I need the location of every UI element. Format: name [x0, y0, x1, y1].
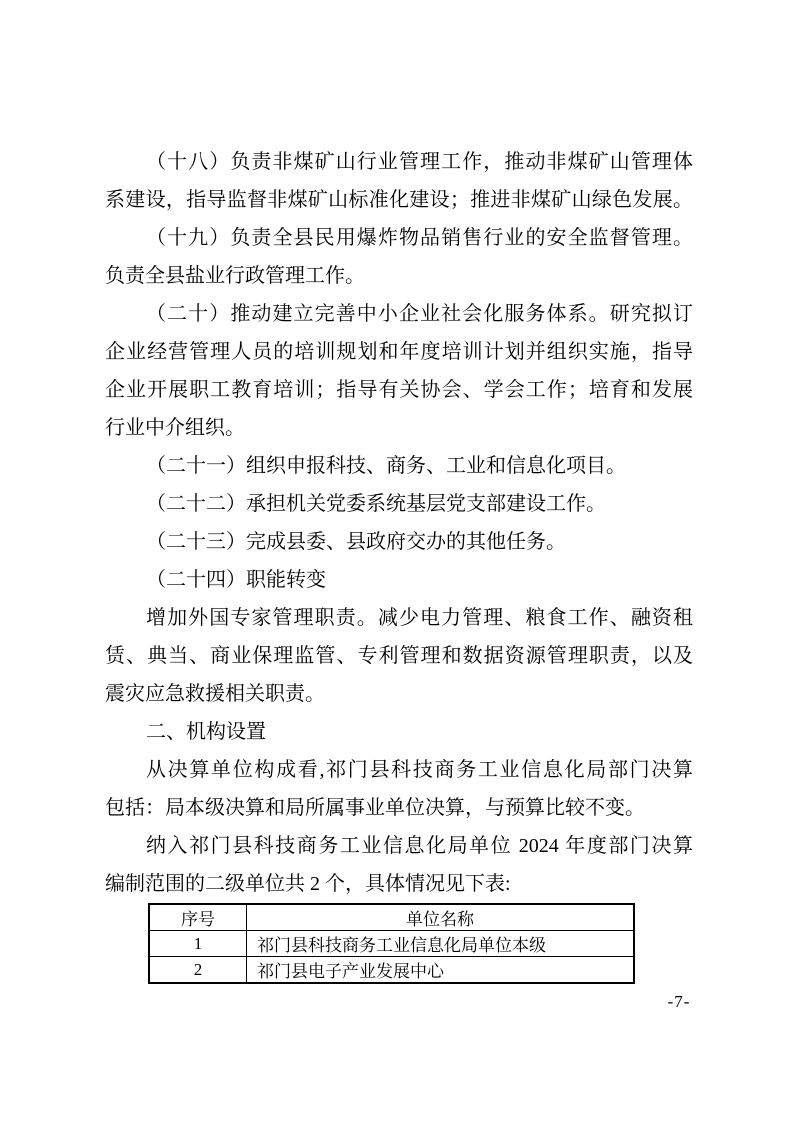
- text-line: 从决算单位构成看,祁门县科技商务工业信息化局部门决算: [105, 751, 693, 789]
- text-line: （二十一）组织申报科技、商务、工业和信息化项目。: [105, 447, 693, 485]
- text-line: 赁、典当、商业保理监管、专利管理和数据资源管理职责，以及: [105, 637, 693, 675]
- document-page: （十八）负责非煤矿山行业管理工作，推动非煤矿山管理体 系建设，指导监督非煤矿山标…: [0, 0, 793, 1122]
- table-header-row: 序号 单位名称: [149, 904, 634, 931]
- table-row: 2 祁门县电子产业发展中心: [149, 957, 634, 984]
- table-header-cell: 序号: [149, 904, 247, 931]
- text-line: （二十四）职能转变: [105, 561, 693, 599]
- units-table: 序号 单位名称 1 祁门县科技商务工业信息化局单位本级 2 祁门县电子产业发展中…: [148, 903, 635, 984]
- table-cell: 2: [149, 957, 247, 984]
- table-row: 1 祁门县科技商务工业信息化局单位本级: [149, 931, 634, 957]
- section-heading: 二、机构设置: [105, 713, 693, 751]
- table-cell: 1: [149, 931, 247, 957]
- text-line: 行业中介组织。: [105, 409, 693, 447]
- document-body: （十八）负责非煤矿山行业管理工作，推动非煤矿山管理体 系建设，指导监督非煤矿山标…: [105, 143, 693, 903]
- text-line: 纳入祁门县科技商务工业信息化局单位 2024 年度部门决算: [105, 827, 693, 865]
- text-line: 企业经营管理人员的培训规划和年度培训计划并组织实施，指导: [105, 333, 693, 371]
- table-cell: 祁门县科技商务工业信息化局单位本级: [247, 931, 635, 957]
- text-line: 震灾应急救援相关职责。: [105, 675, 693, 713]
- text-line: 包括：局本级决算和局所属事业单位决算，与预算比较不变。: [105, 789, 693, 827]
- table-header-cell: 单位名称: [247, 904, 635, 931]
- text-line: 系建设，指导监督非煤矿山标准化建设；推进非煤矿山绿色发展。: [105, 181, 693, 219]
- text-line: （二十三）完成县委、县政府交办的其他任务。: [105, 523, 693, 561]
- page-number: -7-: [656, 992, 702, 1012]
- text-line: 编制范围的二级单位共 2 个，具体情况见下表:: [105, 865, 693, 903]
- text-line: （二十二）承担机关党委系统基层党支部建设工作。: [105, 485, 693, 523]
- text-line: 增加外国专家管理职责。减少电力管理、粮食工作、融资租: [105, 599, 693, 637]
- text-line: （十九）负责全县民用爆炸物品销售行业的安全监督管理。: [105, 219, 693, 257]
- text-line: （十八）负责非煤矿山行业管理工作，推动非煤矿山管理体: [105, 143, 693, 181]
- text-line: （二十）推动建立完善中小企业社会化服务体系。研究拟订: [105, 295, 693, 333]
- text-line: 企业开展职工教育培训；指导有关协会、学会工作；培育和发展: [105, 371, 693, 409]
- table-cell: 祁门县电子产业发展中心: [247, 957, 635, 984]
- text-line: 负责全县盐业行政管理工作。: [105, 257, 693, 295]
